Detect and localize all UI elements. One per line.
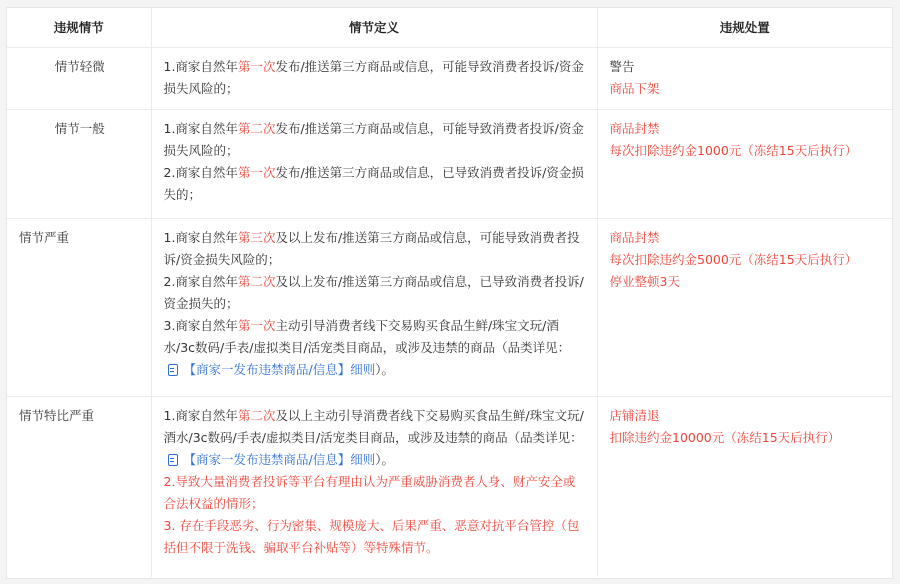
penalty-item: 停业整顿3天 <box>610 271 883 293</box>
definition-segment: 1.商家自然年 <box>164 230 238 245</box>
definition-item: 1.商家自然年第一次发布/推送第三方商品或信息，可能导致消费者投诉/资金损失风险… <box>164 56 587 100</box>
table-header-row: 违规情节 情节定义 违规处置 <box>7 8 892 48</box>
definition-item: 1.商家自然年第二次发布/推送第三方商品或信息，可能导致消费者投诉/资金损失风险… <box>164 118 587 162</box>
highlight-text: 第二次 <box>238 408 276 423</box>
level-text: 情节严重 <box>7 219 151 257</box>
document-icon[interactable] <box>168 364 178 376</box>
highlight-text: 第一次 <box>238 318 276 333</box>
penalty-text: 商品封禁每次扣除违约金5000元（冻结15天后执行）停业整顿3天 <box>598 219 893 301</box>
definition-item: 2.导致大量消费者投诉等平台有理由认为严重威胁消费者人身、财产安全或合法权益的情… <box>164 471 587 515</box>
definition-item: 3.商家自然年第一次主动引导消费者线下交易购买食品生鲜/珠宝文玩/酒水/3c数码… <box>164 315 587 381</box>
table-row: 情节特比严重 1.商家自然年第二次及以上主动引导消费者线下交易购买食品生鲜/珠宝… <box>7 397 892 577</box>
definition-segment: 1.商家自然年 <box>164 121 238 136</box>
level-text: 情节特比严重 <box>7 397 151 435</box>
definition-segment: 2.商家自然年 <box>164 165 238 180</box>
penalty-text: 店铺清退扣除违约金10000元（冻结15天后执行） <box>598 397 893 457</box>
violation-table-container: 违规情节 情节定义 违规处置 情节轻微 1.商家自然年第一次发布/推送第三方商品… <box>7 8 892 578</box>
highlight-text: 第一次 <box>238 165 276 180</box>
highlight-text: 第二次 <box>238 274 276 289</box>
highlight-text: 3. 存在手段恶劣、行为密集、规模庞大、后果严重、恶意对抗平台管控（包括但不限于… <box>164 518 580 555</box>
definition-item: 2.商家自然年第二次及以上发布/推送第三方商品或信息，已导致消费者投诉/资金损失… <box>164 271 587 315</box>
level-text: 情节一般 <box>7 110 151 148</box>
table-row: 情节一般 1.商家自然年第二次发布/推送第三方商品或信息，可能导致消费者投诉/资… <box>7 110 892 219</box>
level-cell: 情节轻微 <box>7 48 151 110</box>
definition-segment: ）。 <box>375 362 394 377</box>
highlight-text: 第二次 <box>238 121 276 136</box>
definition-text: 1.商家自然年第一次发布/推送第三方商品或信息，可能导致消费者投诉/资金损失风险… <box>152 48 597 108</box>
definition-text: 1.商家自然年第二次及以上主动引导消费者线下交易购买食品生鲜/珠宝文玩/酒水/3… <box>152 397 597 567</box>
definition-cell: 1.商家自然年第二次及以上主动引导消费者线下交易购买食品生鲜/珠宝文玩/酒水/3… <box>151 397 597 577</box>
violation-table: 违规情节 情节定义 违规处置 情节轻微 1.商家自然年第一次发布/推送第三方商品… <box>7 8 892 577</box>
highlight-text: 2.导致大量消费者投诉等平台有理由认为严重威胁消费者人身、财产安全或合法权益的情… <box>164 474 576 511</box>
definition-segment: 3.商家自然年 <box>164 318 238 333</box>
penalty-cell: 警告商品下架 <box>597 48 892 110</box>
definition-cell: 1.商家自然年第一次发布/推送第三方商品或信息，可能导致消费者投诉/资金损失风险… <box>151 48 597 110</box>
rules-link[interactable]: 【商家一发布违禁商品/信息】细则 <box>184 452 376 467</box>
penalty-cell: 店铺清退扣除违约金10000元（冻结15天后执行） <box>597 397 892 577</box>
penalty-item: 每次扣除违约金1000元（冻结15天后执行） <box>610 140 883 162</box>
definition-segment: 1.商家自然年 <box>164 59 238 74</box>
penalty-item: 商品封禁 <box>610 227 883 249</box>
header-definition: 情节定义 <box>151 8 597 48</box>
header-penalty: 违规处置 <box>597 8 892 48</box>
penalty-cell: 商品封禁每次扣除违约金1000元（冻结15天后执行） <box>597 110 892 219</box>
penalty-item: 扣除违约金10000元（冻结15天后执行） <box>610 427 883 449</box>
level-text: 情节轻微 <box>7 48 151 86</box>
highlight-text: 第一次 <box>238 59 276 74</box>
definition-segment: ）。 <box>375 452 394 467</box>
definition-text: 1.商家自然年第二次发布/推送第三方商品或信息，可能导致消费者投诉/资金损失风险… <box>152 110 597 214</box>
definition-cell: 1.商家自然年第二次发布/推送第三方商品或信息，可能导致消费者投诉/资金损失风险… <box>151 110 597 219</box>
document-icon[interactable] <box>168 454 178 466</box>
definition-item: 1.商家自然年第二次及以上主动引导消费者线下交易购买食品生鲜/珠宝文玩/酒水/3… <box>164 405 587 471</box>
definition-segment: 1.商家自然年 <box>164 408 238 423</box>
highlight-text: 第三次 <box>238 230 276 245</box>
table-row: 情节严重 1.商家自然年第三次及以上发布/推送第三方商品或信息，可能导致消费者投… <box>7 219 892 397</box>
penalty-item: 每次扣除违约金5000元（冻结15天后执行） <box>610 249 883 271</box>
definition-segment: 2.商家自然年 <box>164 274 238 289</box>
penalty-item: 商品下架 <box>610 78 883 100</box>
penalty-item: 警告 <box>610 56 883 78</box>
level-cell: 情节特比严重 <box>7 397 151 577</box>
header-level: 违规情节 <box>7 8 151 48</box>
definition-item: 3. 存在手段恶劣、行为密集、规模庞大、后果严重、恶意对抗平台管控（包括但不限于… <box>164 515 587 559</box>
definition-item: 1.商家自然年第三次及以上发布/推送第三方商品或信息，可能导致消费者投诉/资金损… <box>164 227 587 271</box>
level-cell: 情节严重 <box>7 219 151 397</box>
definition-item: 2.商家自然年第一次发布/推送第三方商品或信息，已导致消费者投诉/资金损失的； <box>164 162 587 206</box>
table-row: 情节轻微 1.商家自然年第一次发布/推送第三方商品或信息，可能导致消费者投诉/资… <box>7 48 892 110</box>
definition-cell: 1.商家自然年第三次及以上发布/推送第三方商品或信息，可能导致消费者投诉/资金损… <box>151 219 597 397</box>
penalty-cell: 商品封禁每次扣除违约金5000元（冻结15天后执行）停业整顿3天 <box>597 219 892 397</box>
penalty-text: 商品封禁每次扣除违约金1000元（冻结15天后执行） <box>598 110 893 170</box>
level-cell: 情节一般 <box>7 110 151 219</box>
definition-text: 1.商家自然年第三次及以上发布/推送第三方商品或信息，可能导致消费者投诉/资金损… <box>152 219 597 389</box>
rules-link[interactable]: 【商家一发布违禁商品/信息】细则 <box>184 362 376 377</box>
penalty-item: 店铺清退 <box>610 405 883 427</box>
penalty-text: 警告商品下架 <box>598 48 893 108</box>
penalty-item: 商品封禁 <box>610 118 883 140</box>
